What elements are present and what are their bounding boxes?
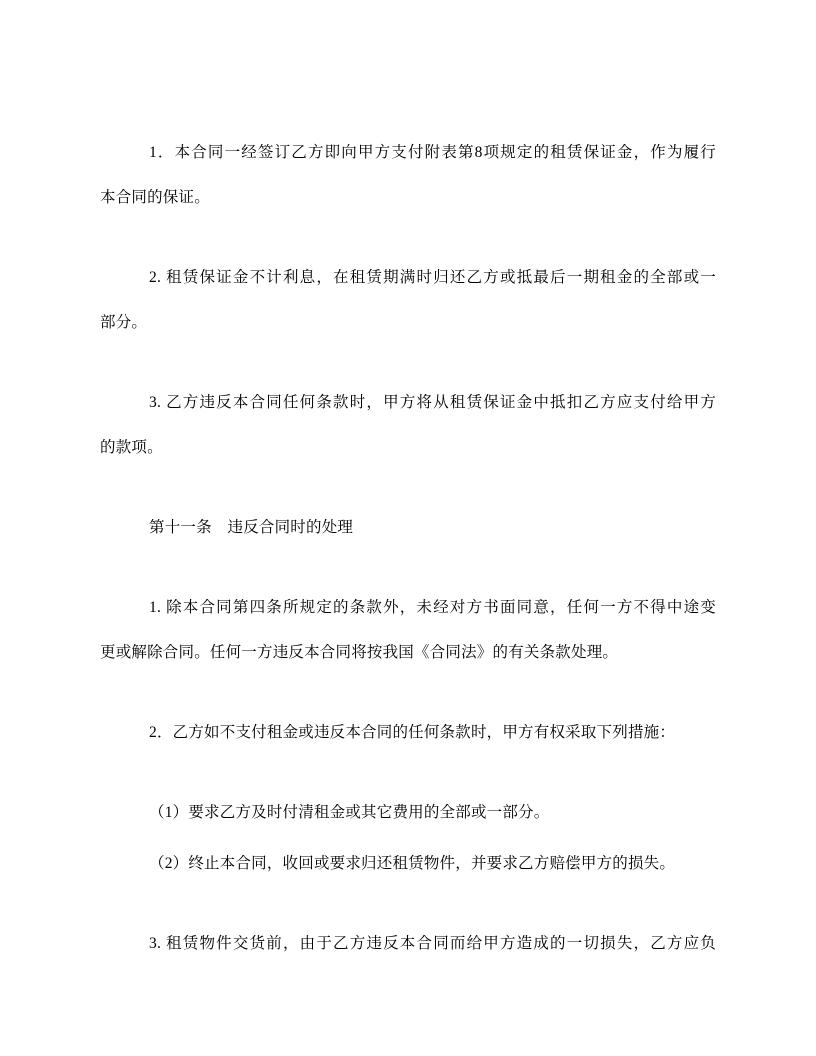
text-line: 1. 除本合同第四条所规定的条款外，未经对方书面同意，任何一方不得中途变 xyxy=(100,585,716,630)
paragraph-deposit-payment: 1．本合同一经签订乙方即向甲方支付附表第8项规定的租赁保证金，作为履行 本合同的… xyxy=(100,130,716,220)
text-line: 的款项。 xyxy=(100,425,716,470)
text-line: 本合同的保证。 xyxy=(100,175,716,220)
section-heading-article-11: 第十一条 违反合同时的处理 xyxy=(100,505,716,550)
text-line: 2．乙方如不支付租金或违反本合同的任何条款时，甲方有权采取下列措施： xyxy=(100,710,716,755)
text-line: （1）要求乙方及时付清租金或其它费用的全部或一部分。 xyxy=(100,790,716,835)
text-line: （2）终止本合同，收回或要求归还租赁物件，并要求乙方赔偿甲方的损失。 xyxy=(100,841,716,886)
section-heading-text: 第十一条 违反合同时的处理 xyxy=(100,505,716,550)
paragraph-deposit-no-interest: 2. 租赁保证金不计利息，在租赁期满时归还乙方或抵最后一期租金的全部或一 部分。 xyxy=(100,255,716,345)
list-item-measure-2: （2）终止本合同，收回或要求归还租赁物件，并要求乙方赔偿甲方的损失。 xyxy=(100,841,716,886)
paragraph-deposit-deduction: 3. 乙方违反本合同任何条款时，甲方将从租赁保证金中抵扣乙方应支付给甲方 的款项… xyxy=(100,380,716,470)
text-line: 部分。 xyxy=(100,300,716,345)
paragraph-no-midway-change: 1. 除本合同第四条所规定的条款外，未经对方书面同意，任何一方不得中途变 更或解… xyxy=(100,585,716,675)
text-line: 2. 租赁保证金不计利息，在租赁期满时归还乙方或抵最后一期租金的全部或一 xyxy=(100,255,716,300)
text-line: 更或解除合同。任何一方违反本合同将按我国《合同法》的有关条款处理。 xyxy=(100,630,716,675)
text-line: 3. 租赁物件交货前，由于乙方违反本合同而给甲方造成的一切损失，乙方应负 xyxy=(100,921,716,966)
text-line: 1．本合同一经签订乙方即向甲方支付附表第8项规定的租赁保证金，作为履行 xyxy=(100,130,716,175)
paragraph-pre-delivery-loss: 3. 租赁物件交货前，由于乙方违反本合同而给甲方造成的一切损失，乙方应负 xyxy=(100,921,716,966)
document-page: 1．本合同一经签订乙方即向甲方支付附表第8项规定的租赁保证金，作为履行 本合同的… xyxy=(0,0,816,1056)
list-item-measure-1: （1）要求乙方及时付清租金或其它费用的全部或一部分。 xyxy=(100,790,716,835)
text-line: 3. 乙方违反本合同任何条款时，甲方将从租赁保证金中抵扣乙方应支付给甲方 xyxy=(100,380,716,425)
paragraph-measures-intro: 2．乙方如不支付租金或违反本合同的任何条款时，甲方有权采取下列措施： xyxy=(100,710,716,755)
